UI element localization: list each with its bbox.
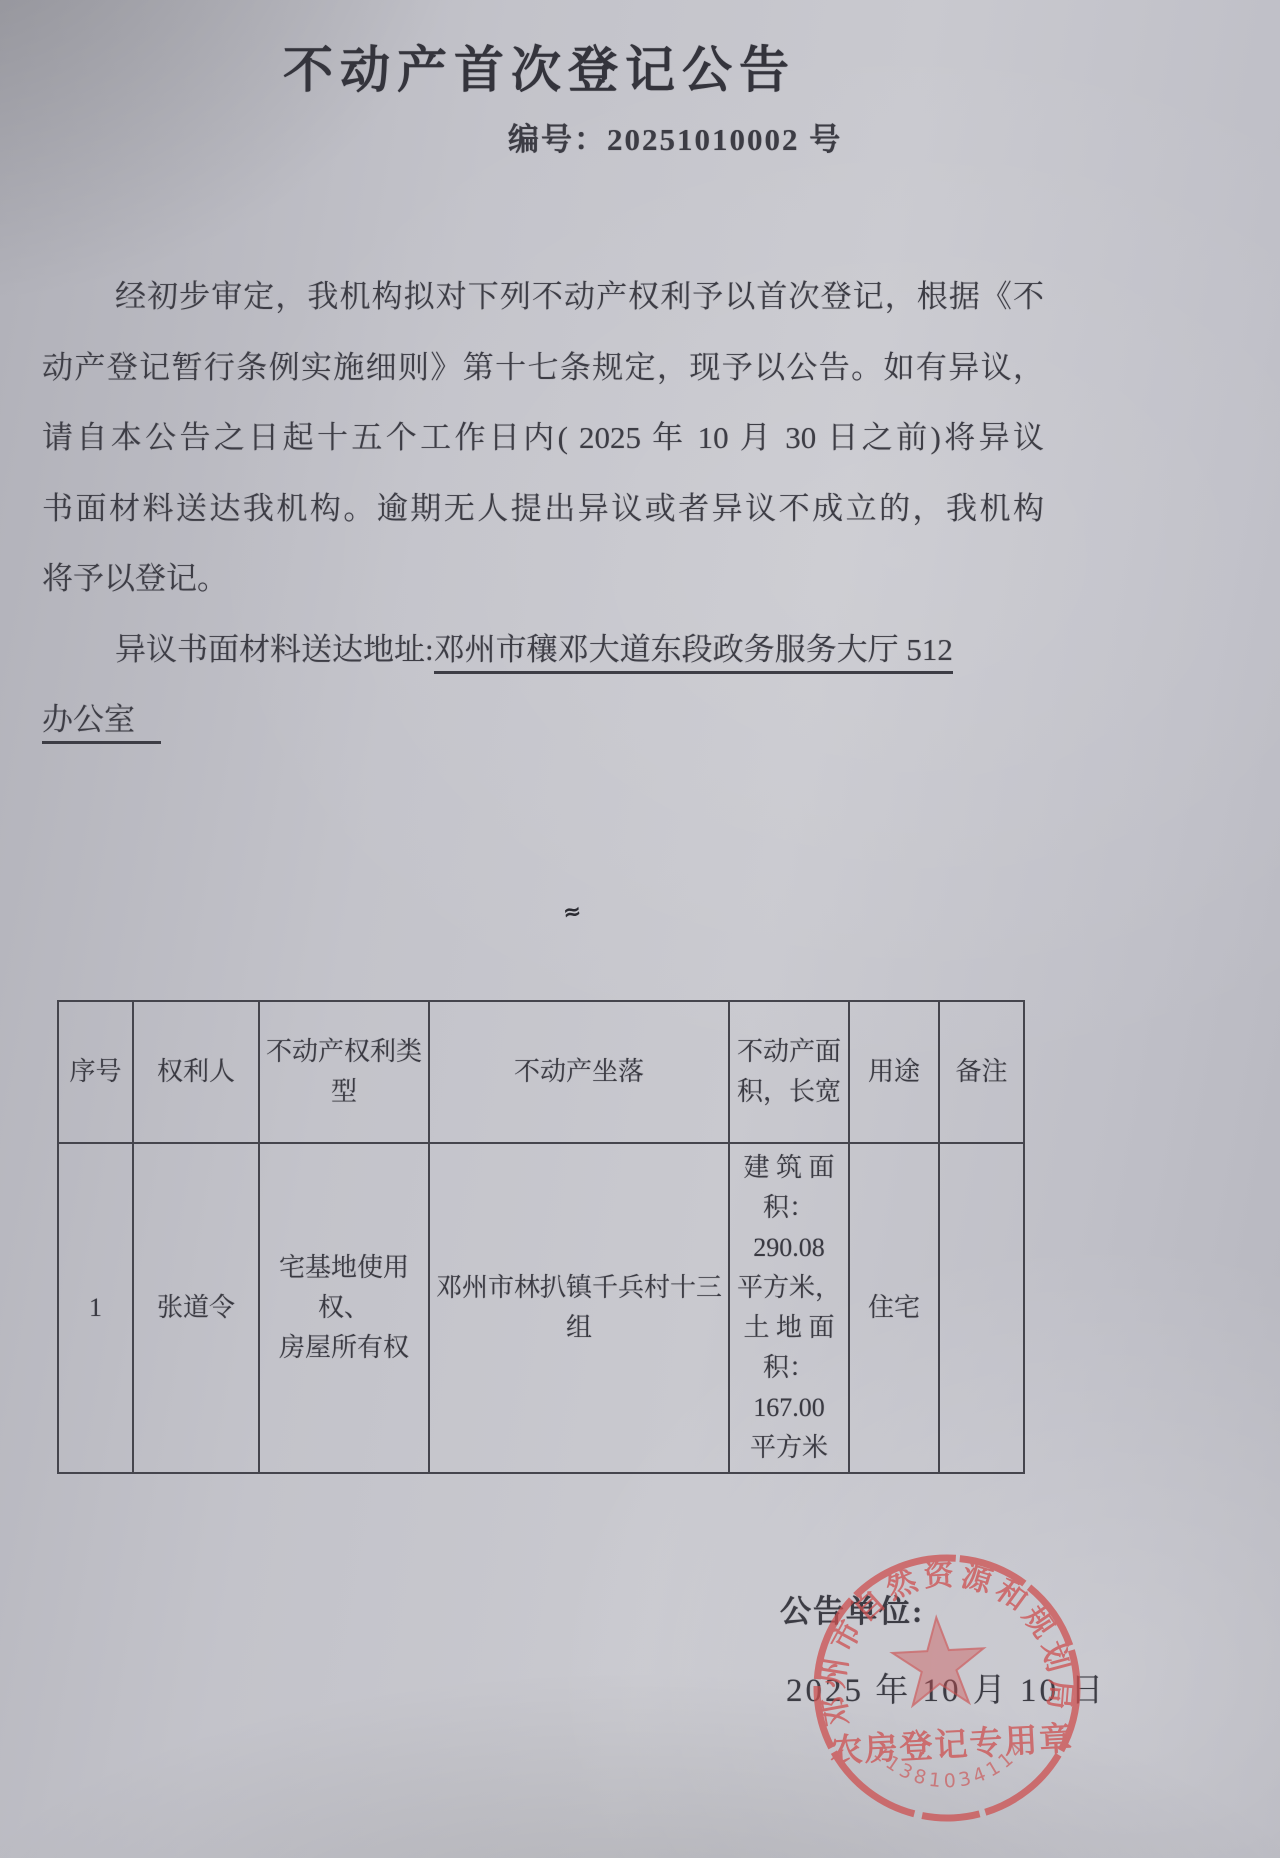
body-line: 将予以登记。 (42, 544, 1044, 615)
photographed-announcement-page: { "document": { "title": "不动产首次登记公告", "d… (0, 0, 1280, 1858)
header-cell-holder: 权利人 (133, 1001, 259, 1143)
table-header-row: 序号 权利人 不动产权利类 型 不动产坐落 不动产面 积，长宽 用途 备注 (58, 1001, 1024, 1143)
cell-holder: 张道令 (133, 1143, 259, 1473)
header-cell-remark: 备注 (939, 1001, 1024, 1143)
cell-location: 邓州市林扒镇千兵村十三 组 (429, 1143, 729, 1473)
announcement-date: 2025 年 10 月 10 日 (786, 1664, 1106, 1711)
body-line: 经初步审定，我机构拟对下列不动产权利予以首次登记，根据《不 (42, 262, 1044, 333)
address-line: 异议书面材料送达地址:邓州市穰邓大道东段政务服务大厅 512 (42, 615, 1044, 686)
cell-area: 建 筑 面 积：290.08 平方米， 土 地 面 积：167.00 平方米 (729, 1143, 849, 1473)
doc-number: 编号：20251010002 号 (508, 114, 842, 159)
page-title: 不动产首次登记公告 (283, 30, 796, 102)
announcer-label: 公告单位: (780, 1586, 924, 1631)
cell-no: 1 (58, 1143, 133, 1473)
header-cell-right-type: 不动产权利类 型 (259, 1001, 429, 1143)
cell-remark (939, 1143, 1024, 1473)
header-cell-area: 不动产面 积，长宽 (729, 1001, 849, 1143)
stray-ink-mark: ≈ (561, 899, 583, 926)
header-cell-location: 不动产坐落 (429, 1001, 729, 1143)
address-line-2: 办公室 (42, 685, 1044, 756)
address-underlined-2: 办公室 (42, 702, 161, 744)
seal-bottom-text: 农房登记专用章 (829, 1719, 1076, 1770)
header-cell-no: 序号 (58, 1001, 133, 1143)
registration-table: 序号 权利人 不动产权利类 型 不动产坐落 不动产面 积，长宽 用途 备注 1 … (57, 1000, 1025, 1474)
announcement-body: 经初步审定，我机构拟对下列不动产权利予以首次登记，根据《不 动产登记暂行条例实施… (42, 262, 1044, 756)
cell-usage: 住宅 (849, 1143, 939, 1473)
table-row: 1 张道令 宅基地使用权、 房屋所有权 邓州市林扒镇千兵村十三 组 建 筑 面 … (58, 1143, 1024, 1473)
cell-right-type: 宅基地使用权、 房屋所有权 (259, 1143, 429, 1473)
address-prefix: 异议书面材料送达地址: (115, 632, 434, 667)
body-line: 动产登记暂行条例实施细则》第十七条规定，现予以公告。如有异议， (42, 333, 1044, 404)
address-underlined: 邓州市穰邓大道东段政务服务大厅 512 (434, 632, 953, 674)
body-line: 请自本公告之日起十五个工作日内( 2025 年 10 月 30 日之前)将异议 (42, 403, 1044, 474)
body-line: 书面材料送达我机构。逾期无人提出异议或者异议不成立的，我机构 (42, 474, 1044, 545)
header-cell-usage: 用途 (849, 1001, 939, 1143)
